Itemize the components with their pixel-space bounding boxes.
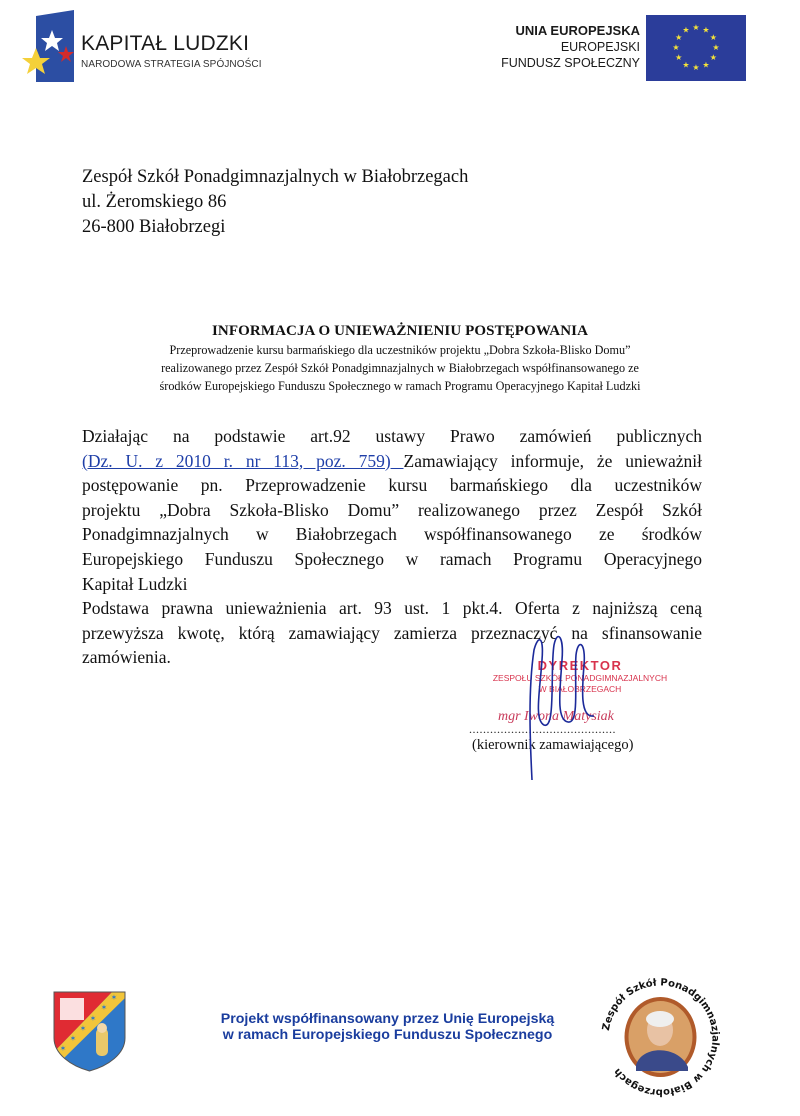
document-heading: INFORMACJA O UNIEWAŻNIENIU POSTĘPOWANIA … bbox=[60, 322, 740, 395]
svg-text:★: ★ bbox=[710, 53, 717, 62]
svg-text:★: ★ bbox=[672, 43, 679, 52]
svg-text:✶: ✶ bbox=[90, 1014, 97, 1023]
body-line: projektu „Dobra Szkoła-Blisko Domu” real… bbox=[82, 498, 702, 523]
body-line-with-link: (Dz. U. z 2010 r. nr 113, poz. 759) Zama… bbox=[82, 449, 702, 474]
svg-text:✶: ✶ bbox=[60, 1044, 67, 1053]
bialobrzegi-coat-of-arms-icon: ✶✶✶ ✶✶✶ bbox=[52, 990, 127, 1072]
svg-text:★: ★ bbox=[702, 26, 709, 35]
ue-line2: EUROPEJSKI bbox=[501, 39, 640, 55]
legal-reference-link[interactable]: (Dz. U. z 2010 r. nr 113, poz. 759) bbox=[82, 451, 404, 471]
svg-text:✶: ✶ bbox=[101, 1003, 108, 1012]
svg-text:★: ★ bbox=[692, 63, 699, 72]
sender-address: Zespół Szkół Ponadgimnazjalnych w Białob… bbox=[82, 165, 468, 240]
svg-text:★: ★ bbox=[682, 26, 689, 35]
svg-text:★: ★ bbox=[692, 23, 699, 32]
svg-text:★: ★ bbox=[675, 33, 682, 42]
kapital-ludzki-logo: KAPITAŁ LUDZKI NARODOWA STRATEGIA SPÓJNO… bbox=[14, 6, 274, 84]
body-line: Kapitał Ludzki bbox=[82, 572, 702, 597]
ue-line1: UNIA EUROPEJSKA bbox=[501, 22, 640, 39]
svg-text:★: ★ bbox=[712, 43, 719, 52]
svg-text:★: ★ bbox=[710, 33, 717, 42]
kapital-ludzki-subtitle: NARODOWA STRATEGIA SPÓJNOŚCI bbox=[81, 59, 262, 70]
address-line-street: ul. Żeromskiego 86 bbox=[82, 190, 468, 215]
body-line-text: Zamawiający informuje, że unieważnił bbox=[404, 451, 702, 471]
document-title: INFORMACJA O UNIEWAŻNIENIU POSTĘPOWANIA bbox=[60, 322, 740, 341]
subheading-line-1: Przeprowadzenie kursu barmańskiego dla u… bbox=[60, 341, 740, 359]
school-portrait-logo-icon: Zespół Szkół Ponadgimnazjalnych w Białob… bbox=[598, 975, 723, 1100]
kapital-ludzki-stars-icon bbox=[22, 10, 74, 82]
subheading-line-2: realizowanego przez Zespół Szkół Ponadgi… bbox=[60, 359, 740, 377]
svg-text:✶: ✶ bbox=[70, 1034, 77, 1043]
address-line-institution: Zespół Szkół Ponadgimnazjalnych w Białob… bbox=[82, 165, 468, 190]
footer-line-1: Projekt współfinansowany przez Unię Euro… bbox=[195, 1011, 580, 1027]
address-line-city: 26-800 Białobrzegi bbox=[82, 215, 468, 240]
body-line: Ponadgimnazjalnych w Białobrzegach współ… bbox=[82, 522, 702, 547]
svg-text:✶: ✶ bbox=[111, 993, 118, 1002]
body-line: postępowanie pn. Przeprowadzenie kursu b… bbox=[82, 473, 702, 498]
ue-line3: FUNDUSZ SPOŁECZNY bbox=[501, 55, 640, 71]
eu-flag-icon: ★★★ ★★★ ★★★ ★★★ bbox=[646, 15, 746, 81]
body-line: Podstawa prawna unieważnienia art. 93 us… bbox=[82, 596, 702, 621]
eu-cofinancing-statement: Projekt współfinansowany przez Unię Euro… bbox=[195, 1011, 580, 1043]
svg-text:★: ★ bbox=[702, 60, 709, 69]
svg-text:★: ★ bbox=[682, 60, 689, 69]
footer-line-2: w ramach Europejskiego Funduszu Społeczn… bbox=[195, 1027, 580, 1043]
body-line: Działając na podstawie art.92 ustawy Pra… bbox=[82, 424, 702, 449]
handwritten-signature-icon bbox=[490, 630, 610, 780]
subheading-line-3: środków Europejskiego Funduszu Społeczne… bbox=[60, 377, 740, 395]
kapital-ludzki-title: KAPITAŁ LUDZKI bbox=[81, 32, 249, 56]
svg-text:★: ★ bbox=[675, 53, 682, 62]
efs-logo-text: UNIA EUROPEJSKA EUROPEJSKI FUNDUSZ SPOŁE… bbox=[501, 22, 640, 71]
svg-text:✶: ✶ bbox=[80, 1024, 87, 1033]
body-line: Europejskiego Funduszu Społecznego w ram… bbox=[82, 547, 702, 572]
